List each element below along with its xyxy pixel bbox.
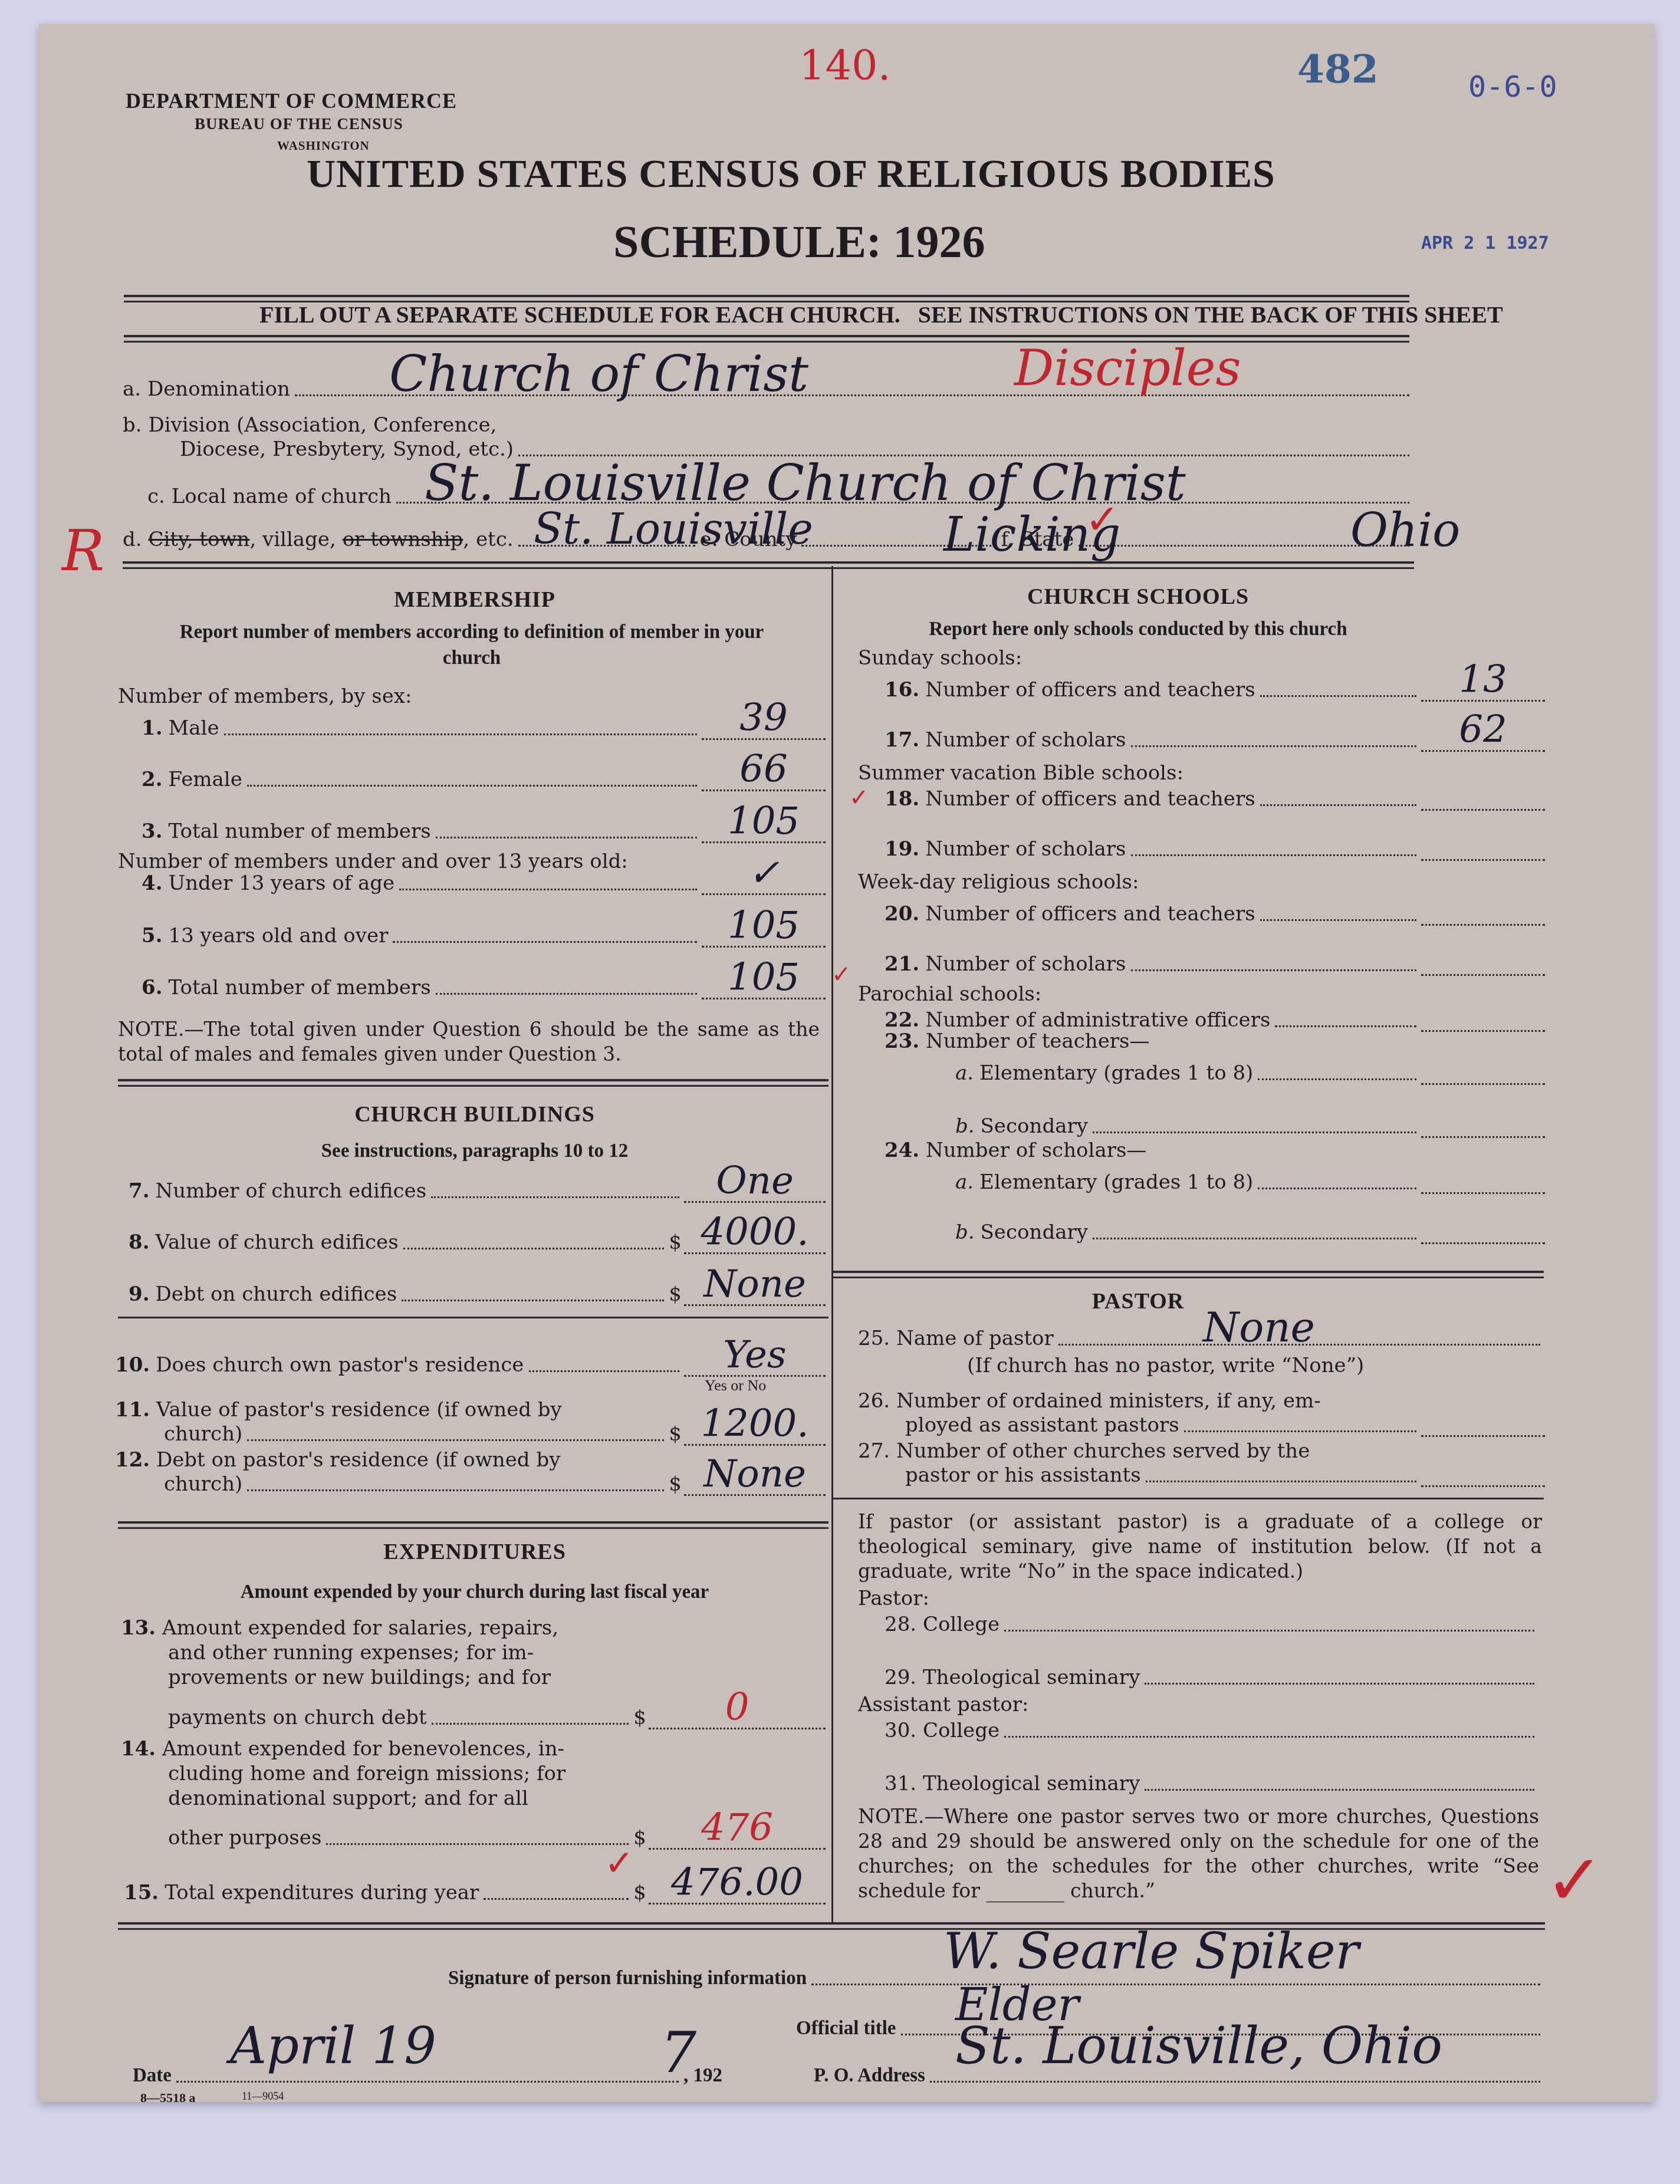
assistant-ministers-field[interactable] [1421,1435,1545,1437]
county-value: Licking [943,507,1120,562]
column-divider [831,566,833,1922]
benevolences-field[interactable]: 476 [649,1848,826,1850]
city-label: d. City, town, village, or township, etc… [123,528,514,551]
red-check-18: ✓ [849,784,869,811]
expenditures-row-14: other purposes $ 476 [168,1826,826,1850]
schools-row-23a: a.Elementary (grades 1 to 8) [955,1061,1545,1085]
pastor-row-26: ployed as assistant pastors [905,1413,1545,1437]
membership-row-3: 3.Total number of members 105 [142,820,826,843]
membership-row-6: 6.Total number of members 105 [142,976,826,999]
elementary-scholars-field[interactable] [1421,1192,1545,1194]
summer-schools-label: Summer vacation Bible schools: [858,761,1183,785]
elementary-teachers-field[interactable] [1421,1083,1545,1085]
schools-title: CHURCH SCHOOLS [837,584,1439,610]
sunday-scholars-field[interactable]: 62 [1421,750,1545,752]
pastor-subheading: Pastor: [858,1586,929,1611]
yes-or-no-hint: Yes or No [705,1377,766,1394]
graduate-instructions: If pastor (or assistant pastor) is a gra… [858,1509,1542,1584]
schools-row-22: 22.Number of administrative officers [885,1008,1545,1032]
pastor-row-27: pastor or his assistants [905,1463,1545,1487]
schools-row-21: 21.Number of scholars [885,952,1545,976]
q14-label: 14. Amount expended for benevolences, in… [121,1736,628,1811]
pastor-row-31: 31. Theological seminary [885,1772,1539,1795]
q11-label-line-1: 11. Value of pastor's residence (if owne… [115,1397,562,1422]
form-code-1: 8—5518 a [140,2090,196,2106]
female-count-field[interactable]: 66 [702,790,826,791]
schedule-title: SCHEDULE: 1926 [613,215,985,268]
membership-divider [118,1079,829,1081]
red-check-total: ✓ [604,1843,634,1884]
membership-row-4: 4.Under 13 years of age ✓ [142,871,826,895]
sunday-teachers-field[interactable]: 13 [1421,700,1545,702]
q26-label-line-1: 26. Number of ordained ministers, if any… [858,1389,1321,1413]
secondary-teachers-field[interactable] [1421,1136,1545,1138]
margin-mark-r: R [62,518,104,584]
buildings-row-11: church) $ 1200. [164,1422,826,1446]
buildings-row-7: 7.Number of church edifices One [129,1179,826,1203]
address-field[interactable] [930,2081,1540,2083]
department-label: DEPARTMENT OF COMMERCE [126,88,457,113]
pastor-row-29: 29. Theological seminary [885,1666,1539,1689]
expenditures-row-13: payments on church debt $ 0 [168,1706,826,1729]
state-value: Ohio [1350,504,1460,557]
city-value: St. Louisville [534,504,813,554]
denomination-red-note: Disciples [1014,339,1241,397]
q12-label-line-1: 12. Debt on pastor's residence (if owned… [115,1448,560,1472]
under-13-field[interactable]: ✓ [702,893,826,895]
stamp-number: 482 [1297,46,1379,92]
summer-scholars-field[interactable] [1421,859,1545,861]
q27-label-line-1: 27. Number of other churches served by t… [858,1439,1310,1463]
date-value: April 19 [230,2017,436,2076]
pastor-note: NOTE.—Where one pastor serves two or mor… [858,1804,1539,1903]
schools-row-23b: b.Secondary [955,1114,1545,1138]
parochial-teachers-label: 23. Number of teachers— [885,1029,1149,1054]
assistant-seminary-field[interactable] [1145,1789,1534,1791]
total-members-check-field[interactable]: 105 [702,998,826,999]
buildings-mid-divider [118,1317,829,1318]
schools-subtitle: Report here only schools conducted by th… [837,616,1439,642]
pastor-name-hint: (If church has no pastor, write “None”) [967,1353,1364,1378]
sunday-schools-label: Sunday schools: [858,646,1022,670]
total-members-field[interactable]: 105 [702,841,826,843]
schools-row-17: 17.Number of scholars 62 [885,728,1545,752]
red-check-parochial: ✓ [831,961,851,988]
parochial-admin-field[interactable] [1421,1030,1545,1032]
signature-value: W. Searle Spiker [943,1922,1359,1980]
buildings-row-10: 10.Does church own pastor's residence Ye… [115,1353,826,1377]
membership-row-1: 1.Male 39 [142,716,826,740]
pastor-row-28: 28. College [885,1613,1539,1636]
schools-row-18: 18.Number of officers and teachers [885,787,1545,811]
buildings-row-8: 8.Value of church edifices $ 4000. [129,1231,826,1254]
residence-value-field[interactable]: 1200. [684,1444,826,1446]
parochial-schools-label: Parochial schools: [858,982,1041,1007]
form-code-2: 11—9054 [242,2090,284,2103]
schools-row-24b: b.Secondary [955,1221,1545,1244]
membership-subtitle: Report number of members according to de… [153,619,790,671]
schools-row-16: 16.Number of officers and teachers 13 [885,678,1545,702]
over-13-field[interactable]: 105 [702,946,826,948]
edifices-debt-field[interactable]: None [684,1304,826,1306]
buildings-title: CHURCH BUILDINGS [124,1101,826,1127]
secondary-scholars-field[interactable] [1421,1242,1545,1244]
schools-row-20: 20.Number of officers and teachers [885,902,1545,926]
buildings-row-9: 9.Debt on church edifices $ None [129,1282,826,1306]
pastor-name-value: None [1203,1303,1315,1351]
form-title: UNITED STATES CENSUS OF RELIGIOUS BODIES [307,150,1275,197]
residence-debt-field[interactable]: None [684,1494,826,1496]
header-divider [124,295,1409,297]
parochial-scholars-label: 24. Number of scholars— [885,1138,1146,1163]
edifices-count-field[interactable]: One [684,1201,826,1203]
stamp-code: 0-6-0 [1468,70,1557,104]
division-label-1: b. Division (Association, Conference, [123,413,497,438]
running-expenses-field[interactable]: 0 [649,1728,826,1729]
buildings-row-12: church) $ None [164,1472,826,1496]
schools-row-19: 19.Number of scholars [885,837,1545,861]
expenditures-title: EXPENDITURES [124,1539,826,1565]
buildings-divider [118,1521,829,1524]
local-name-value: St. Louisville Church of Christ [425,454,1186,512]
expenditures-row-15: 15.Total expenditures during year $ 476.… [124,1881,826,1905]
membership-row-2: 2.Female 66 [142,768,826,791]
weekday-teachers-field[interactable] [1421,924,1545,926]
pastor-mid-divider [833,1498,1544,1499]
pastor-title: PASTOR [837,1288,1439,1314]
denomination-value: Church of Christ [389,345,808,403]
address-value: St. Louisville, Ohio [955,2017,1442,2076]
signature-field[interactable] [811,1984,1540,1985]
membership-row-5: 5.13 years old and over 105 [142,924,826,948]
expenditures-subtitle: Amount expended by your church during la… [124,1579,826,1605]
year-value: 7 [660,2019,696,2086]
schools-row-24a: a.Elementary (grades 1 to 8) [955,1170,1545,1194]
assistant-pastor-subheading: Assistant pastor: [858,1692,1028,1717]
identification-divider [123,561,1414,564]
weekday-scholars-field[interactable] [1421,974,1545,976]
other-churches-field[interactable] [1421,1485,1545,1487]
membership-title: MEMBERSHIP [124,587,826,613]
edifices-value-field[interactable]: 4000. [684,1252,826,1254]
total-expenditures-field[interactable]: 476.00 [649,1903,826,1905]
members-by-age-label: Number of members under and over 13 year… [118,849,628,874]
denomination-label: a. Denomination [123,377,290,401]
pastor-row-25: 25. Name of pastor [858,1327,1545,1350]
weekday-schools-label: Week-day religious schools: [858,870,1139,894]
male-count-field[interactable]: 39 [702,738,826,740]
instruction-divider [124,335,1409,337]
q13-label: 13. Amount expended for salaries, repair… [121,1616,628,1690]
membership-note: NOTE.—The total given under Question 6 s… [118,1017,820,1067]
local-name-label: c. Local name of church [147,485,392,508]
assistant-college-field[interactable] [1004,1736,1534,1738]
red-check-margin: ✓ [1545,1840,1605,1922]
red-record-number: 140. [799,41,891,90]
pastor-college-field[interactable] [1004,1630,1534,1632]
date-field[interactable] [176,2081,679,2083]
instruction-banner: FILL OUT A SEPARATE SCHEDULE FOR EACH CH… [259,301,1503,328]
pastor-seminary-field[interactable] [1145,1683,1534,1685]
pastor-row-30: 30. College [885,1719,1539,1742]
schools-divider [833,1271,1544,1273]
members-by-sex-label: Number of members, by sex: [118,684,412,709]
bureau-label: BUREAU OF THE CENSUS [195,115,403,133]
summer-teachers-field[interactable] [1421,809,1545,811]
received-date-stamp: APR 2 1 1927 [1421,233,1549,254]
